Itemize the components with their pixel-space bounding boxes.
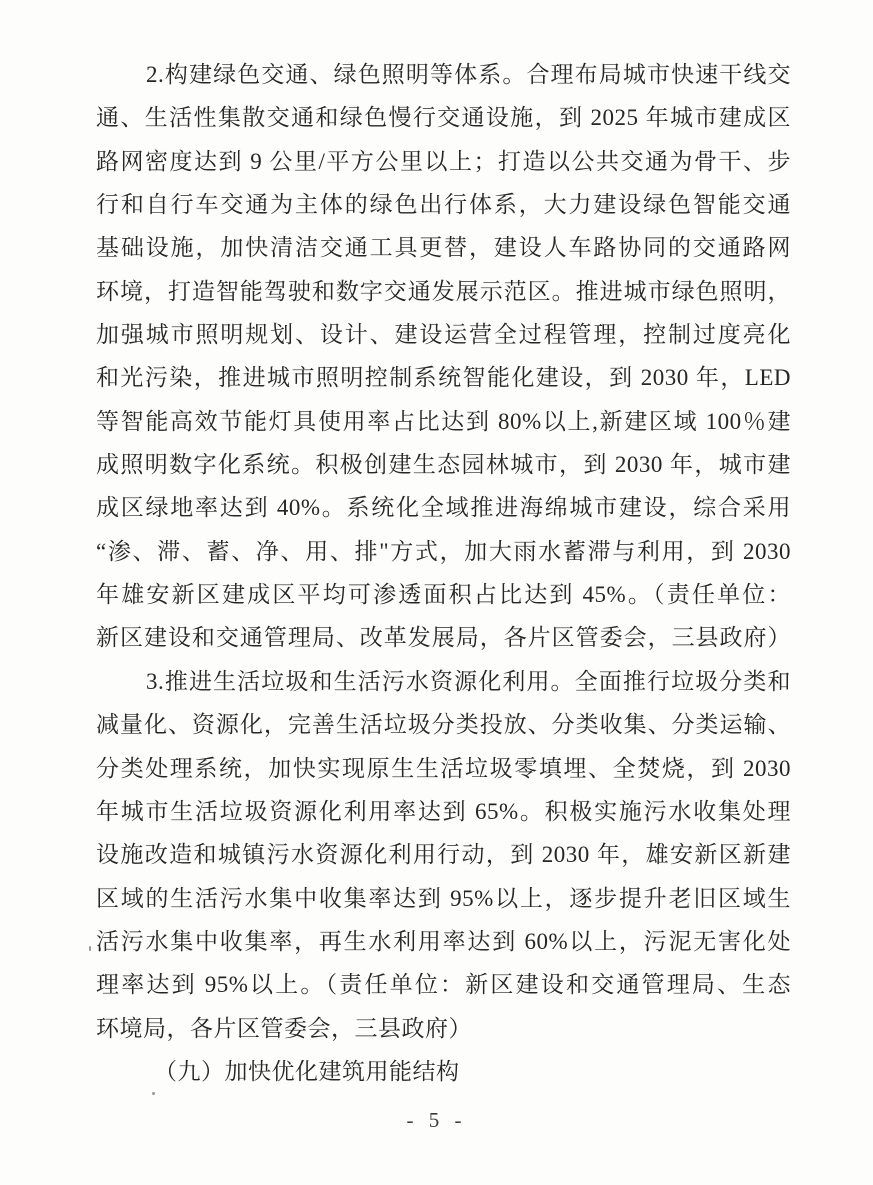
document-body: 2.构建绿色交通、绿色照明等体系。合理布局城市快速干线交 通、生活性集散交通和绿… <box>96 53 791 1093</box>
text-line: 减量化、资源化，完善生活垃圾分类投放、分类收集、分类运输、 <box>96 703 791 746</box>
text-line: 环境局，各片区管委会，三县政府） <box>96 1007 791 1050</box>
scan-speck <box>89 946 91 951</box>
text-line: 新区建设和交通管理局、改革发展局，各片区管委会，三县政府） <box>96 616 791 659</box>
text-line: 成区绿地率达到 40%。系统化全域推进海绵城市建设，综合采用 <box>96 486 791 529</box>
text-line: “渗、滞、蓄、净、用、排"方式，加大雨水蓄滞与利用，到 2030 <box>96 530 791 573</box>
text-line: 3.推进生活垃圾和生活污水资源化利用。全面推行垃圾分类和 <box>96 660 791 703</box>
document-page: 2.构建绿色交通、绿色照明等体系。合理布局城市快速干线交 通、生活性集散交通和绿… <box>0 0 873 1185</box>
text-line: 活污水集中收集率，再生水利用率达到 60%以上，污泥无害化处 <box>96 920 791 963</box>
text-line: 2.构建绿色交通、绿色照明等体系。合理布局城市快速干线交 <box>96 53 791 96</box>
scan-speck <box>152 1092 155 1095</box>
text-line: 设施改造和城镇污水资源化利用行动，到 2030 年，雄安新区新建 <box>96 833 791 876</box>
text-line: 区域的生活污水集中收集率达到 95%以上，逐步提升老旧区域生 <box>96 877 791 920</box>
text-line: 和光污染，推进城市照明控制系统智能化建设，到 2030 年，LED <box>96 356 791 399</box>
text-line: 分类处理系统，加快实现原生生活垃圾零填埋、全焚烧，到 2030 <box>96 747 791 790</box>
page-number: - 5 - <box>0 1108 873 1133</box>
text-line: 路网密度达到 9 公里/平方公里以上；打造以公共交通为骨干、步 <box>96 140 791 183</box>
text-line: 行和自行车交通为主体的绿色出行体系，大力建设绿色智能交通 <box>96 183 791 226</box>
text-line: 加强城市照明规划、设计、建设运营全过程管理，控制过度亮化 <box>96 313 791 356</box>
text-line: 基础设施，加快清洁交通工具更替，建设人车路协同的交通路网 <box>96 226 791 269</box>
text-line: 年城市生活垃圾资源化利用率达到 65%。积极实施污水收集处理 <box>96 790 791 833</box>
text-line: 成照明数字化系统。积极创建生态园林城市，到 2030 年，城市建 <box>96 443 791 486</box>
text-line: 通、生活性集散交通和绿色慢行交通设施，到 2025 年城市建成区 <box>96 96 791 139</box>
text-line: 理率达到 95%以上。（责任单位：新区建设和交通管理局、生态 <box>96 963 791 1006</box>
text-line: 等智能高效节能灯具使用率占比达到 80%以上,新建区域 100％建 <box>96 400 791 443</box>
section-heading: （九）加快优化建筑用能结构 <box>96 1050 791 1093</box>
text-line: 环境，打造智能驾驶和数字交通发展示范区。推进城市绿色照明， <box>96 270 791 313</box>
text-line: 年雄安新区建成区平均可渗透面积占比达到 45%。（责任单位： <box>96 573 791 616</box>
